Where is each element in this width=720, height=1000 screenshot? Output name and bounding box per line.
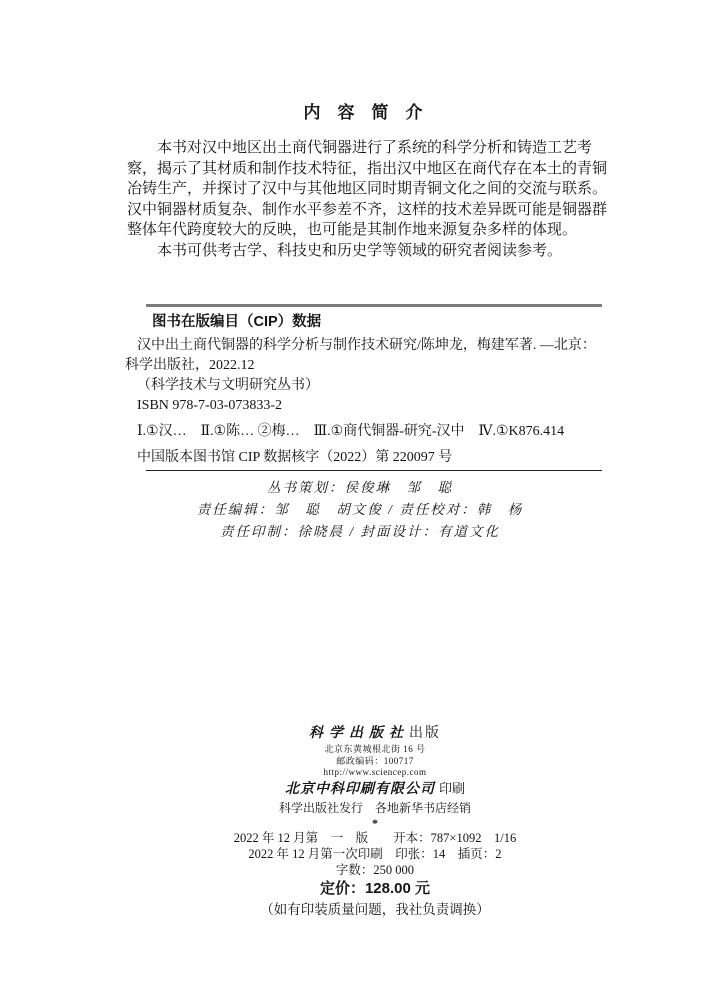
- intro-line: 本书可供考古学、科技史和历史学等领域的研究者阅读参考。: [127, 241, 605, 262]
- quality-note: （如有印装质量问题，我社负责调换）: [30, 900, 720, 920]
- cip-record-number-line: 中国版本图书馆 CIP 数据核字（2022）第 220097 号: [125, 448, 615, 468]
- book-copyright-page: 内容简介 本书对汉中地区出土商代铜器进行了系统的科学分析和铸造工艺考 察，揭示了…: [0, 0, 720, 1000]
- distribution-line: 科学出版社发行 各地新华书店经销: [30, 800, 720, 816]
- series-planner-credit: 丛书策划：侯俊琳 邹 聪: [0, 477, 720, 499]
- editor-proofreader-credit: 责任编辑：邹 聪 胡文俊 / 责任校对：韩 杨: [0, 499, 720, 521]
- printing-line: 2022 年 12 月第一次印刷 印张：14 插页：2: [30, 846, 720, 862]
- cip-header: 图书在版编目（CIP）数据: [152, 313, 321, 331]
- cip-block: 汉中出土商代铜器的科学分析与制作技术研究/陈坤龙，梅建军著. —北京： 科学出版…: [125, 336, 615, 468]
- separator-star: *: [30, 816, 720, 830]
- divider-bottom-rule: [146, 470, 602, 471]
- intro-line: 本书对汉中地区出土商代铜器进行了系统的科学分析和铸造工艺考: [127, 138, 605, 159]
- cip-isbn-line: ISBN 978-7-03-073833-2: [125, 396, 615, 416]
- publisher-name: 科学出版社: [309, 726, 409, 741]
- cip-title-line: 汉中出土商代铜器的科学分析与制作技术研究/陈坤龙，梅建军著. —北京：: [125, 336, 615, 356]
- intro-line: 察，揭示了其材质和制作技术特征，指出汉中地区在商代存在本土的青铜: [127, 159, 605, 180]
- publisher-line: 科学出版社出版: [30, 724, 720, 744]
- section-title: 内容简介: [126, 102, 600, 124]
- publisher-suffix: 出版: [409, 726, 441, 741]
- printer-line: 北京中科印刷有限公司印刷: [30, 779, 720, 800]
- printer-suffix: 印刷: [435, 781, 465, 796]
- intro-line: 整体年代跨度较大的反映，也可能是其制作地来源复杂多样的体现。: [127, 220, 605, 241]
- publisher-url: http://www.sciencep.com: [30, 767, 720, 779]
- publisher-address: 北京东黄城根北街 16 号: [30, 744, 720, 756]
- cip-classification-line: Ⅰ.①汉… Ⅱ.①陈… ②梅… Ⅲ.①商代铜器-研究-汉中 Ⅳ.①K876.41…: [125, 422, 615, 442]
- editors-block: 丛书策划：侯俊琳 邹 聪 责任编辑：邹 聪 胡文俊 / 责任校对：韩 杨 责任印…: [0, 477, 720, 543]
- intro-line: 汉中铜器材质复杂、制作水平参差不齐，这样的技术差异既可能是铜器群: [127, 200, 605, 221]
- printing-design-credit: 责任印制：徐晓晨 / 封面设计：有道文化: [0, 521, 720, 543]
- printer-name: 北京中科印刷有限公司: [285, 782, 435, 797]
- cip-publisher-line: 科学出版社，2022.12: [125, 356, 615, 376]
- word-count-line: 字数：250 000: [30, 862, 720, 878]
- publisher-postcode: 邮政编码：100717: [30, 756, 720, 768]
- cip-series-line: （科学技术与文明研究丛书）: [125, 376, 615, 396]
- divider-top-rule: [146, 304, 602, 307]
- price-line: 定价：128.00 元: [30, 878, 720, 900]
- edition-line: 2022 年 12 月第 一 版 开本：787×1092 1/16: [30, 830, 720, 846]
- intro-line: 冶铸生产，并探讨了汉中与其他地区同时期青铜文化之间的交流与联系。: [127, 179, 605, 200]
- intro-paragraphs: 本书对汉中地区出土商代铜器进行了系统的科学分析和铸造工艺考 察，揭示了其材质和制…: [127, 138, 605, 261]
- colophon-block: 科学出版社出版 北京东黄城根北街 16 号 邮政编码：100717 http:/…: [30, 724, 720, 920]
